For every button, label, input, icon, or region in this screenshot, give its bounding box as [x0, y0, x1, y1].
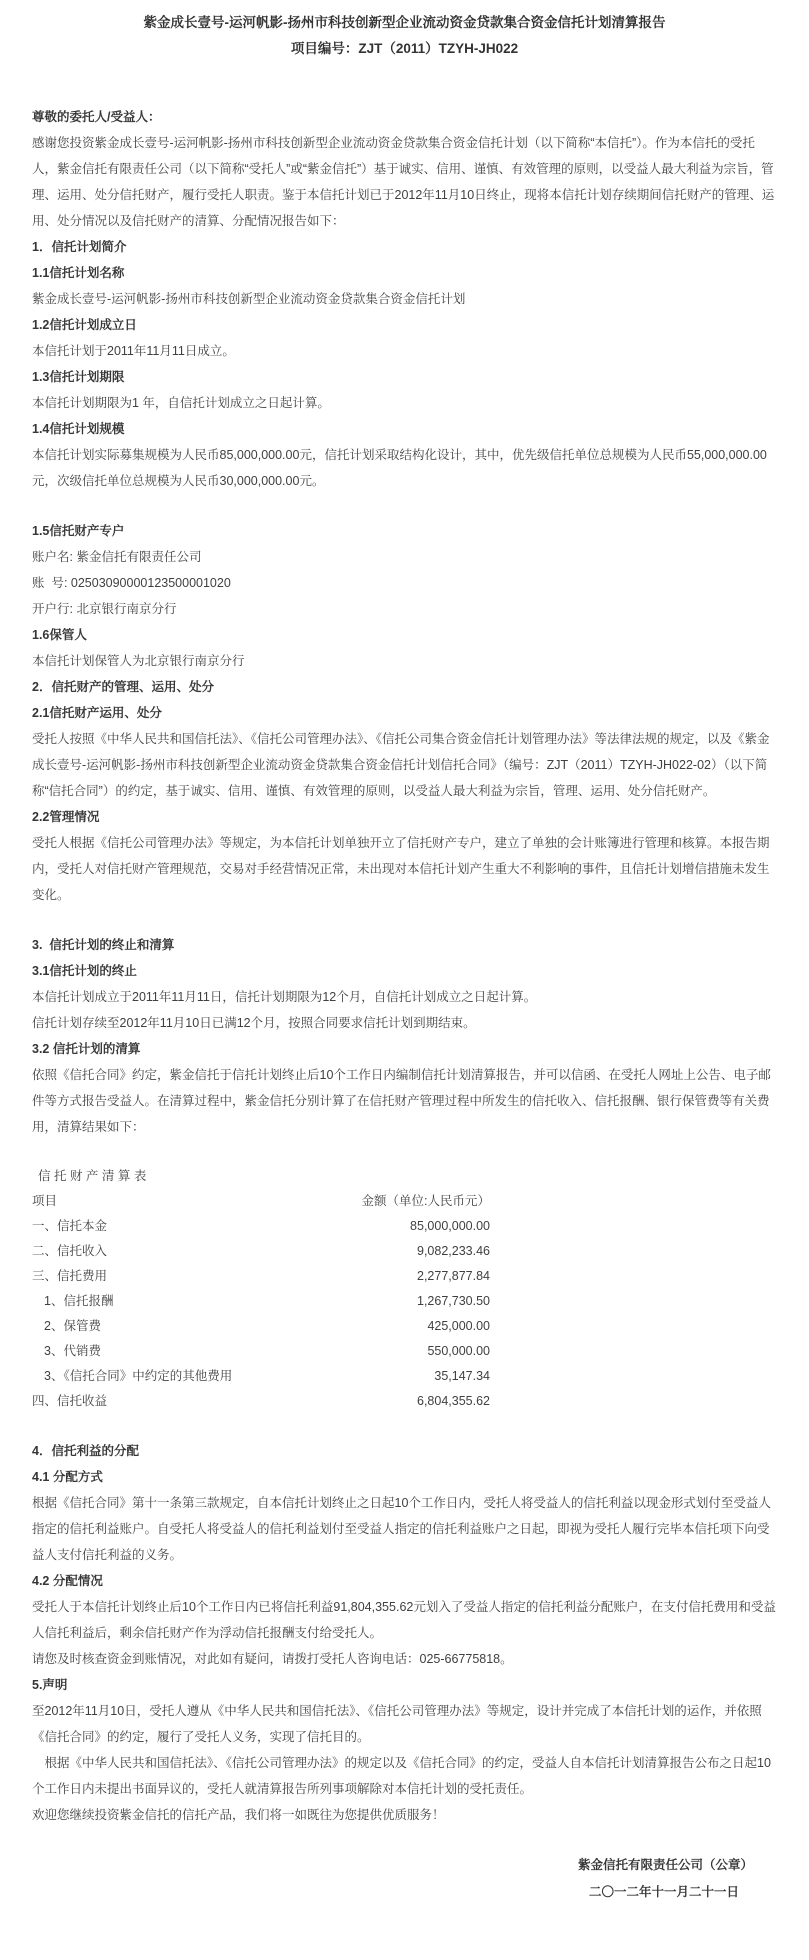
signature-date: 二〇一二年十一月二十一日 [32, 1879, 777, 1906]
row-label: 3、《信托合同》中约定的其他费用 [32, 1364, 276, 1389]
distribution-text: 受托人于本信托计划终止后10个工作日内已将信托利益91,804,355.62元划… [32, 1594, 777, 1646]
table-row: 一、信托本金 85,000,000.00 [32, 1214, 490, 1239]
row-amount: 9,082,233.46 [276, 1239, 490, 1264]
column-header-item: 项目 [32, 1189, 276, 1214]
table-header-row: 项目 金额（单位:人民币元） [32, 1189, 490, 1214]
column-header-amount: 金额（单位:人民币元） [276, 1189, 490, 1214]
row-label: 四、信托收益 [32, 1389, 276, 1414]
row-amount: 85,000,000.00 [276, 1214, 490, 1239]
notice-text: 请您及时核查资金到账情况，对此如有疑问，请拨打受托人咨询电话：025-66775… [32, 1646, 777, 1672]
established-text: 本信托计划于2011年11月11日成立。 [32, 338, 777, 364]
row-label: 1、信托报酬 [32, 1289, 276, 1314]
table-row: 四、信托收益 6,804,355.62 [32, 1389, 490, 1414]
table-row: 2、保管费 425,000.00 [32, 1314, 490, 1339]
table-title: 信 托 财 产 清 算 表 [32, 1164, 490, 1189]
section-3-heading: 3. 信托计划的终止和清算 [32, 932, 777, 958]
spacer [32, 1140, 777, 1164]
row-amount: 1,267,730.50 [276, 1289, 490, 1314]
section-2-2-heading: 2.2管理情况 [32, 804, 777, 830]
plan-name-text: 紫金成长壹号-运河帆影-扬州市科技创新型企业流动资金贷款集合资金信托计划 [32, 286, 777, 312]
table-row: 三、信托费用 2,277,877.84 [32, 1264, 490, 1289]
row-label: 二、信托收入 [32, 1239, 276, 1264]
signature-company: 紫金信托有限责任公司（公章） [32, 1852, 777, 1879]
account-bank-line: 开户行: 北京银行南京分行 [32, 596, 777, 622]
declaration-text-1: 至2012年11月10日，受托人遵从《中华人民共和国信托法》、《信托公司管理办法… [32, 1698, 777, 1750]
section-1-4-heading: 1.4信托计划规模 [32, 416, 777, 442]
liquidation-text: 依照《信托合同》约定，紫金信托于信托计划终止后10个工作日内编制信托计划清算报告… [32, 1062, 777, 1140]
section-2-1-heading: 2.1信托财产运用、处分 [32, 700, 777, 726]
table-row: 3、《信托合同》中约定的其他费用 35,147.34 [32, 1364, 490, 1389]
closing-text: 欢迎您继续投资紫金信托的信托产品，我们将一如既往为您提供优质服务！ [32, 1802, 777, 1828]
row-label: 三、信托费用 [32, 1264, 276, 1289]
row-amount: 2,277,877.84 [276, 1264, 490, 1289]
spacer [32, 494, 777, 518]
section-1-5-heading: 1.5信托财产专户 [32, 518, 777, 544]
row-label: 一、信托本金 [32, 1214, 276, 1239]
trust-liquidation-report: 紫金成长壹号-运河帆影-扬州市科技创新型企业流动资金贷款集合资金信托计划清算报告… [0, 0, 809, 1960]
account-name-line: 账户名: 紫金信托有限责任公司 [32, 544, 777, 570]
custodian-text: 本信托计划保管人为北京银行南京分行 [32, 648, 777, 674]
management-text: 受托人根据《信托公司管理办法》等规定，为本信托计划单独开立了信托财产专户，建立了… [32, 830, 777, 908]
row-amount: 35,147.34 [276, 1364, 490, 1389]
row-amount: 425,000.00 [276, 1314, 490, 1339]
use-text: 受托人按照《中华人民共和国信托法》、《信托公司管理办法》、《信托公司集合资金信托… [32, 726, 777, 804]
spacer [32, 1414, 777, 1438]
section-4-2-heading: 4.2 分配情况 [32, 1568, 777, 1594]
project-number: 项目编号：ZJT（2011）TZYH-JH022 [32, 36, 777, 62]
account-number-line: 账 号: 02503090000123500001020 [32, 570, 777, 596]
section-5-heading: 5.声明 [32, 1672, 777, 1698]
section-4-1-heading: 4.1 分配方式 [32, 1464, 777, 1490]
table-row: 3、代销费 550,000.00 [32, 1339, 490, 1364]
table-row: 1、信托报酬 1,267,730.50 [32, 1289, 490, 1314]
section-4-heading: 4．信托利益的分配 [32, 1438, 777, 1464]
row-label: 3、代销费 [32, 1339, 276, 1364]
section-1-2-heading: 1.2信托计划成立日 [32, 312, 777, 338]
termination-text-2: 信托计划存续至2012年11月10日已满12个月，按照合同要求信托计划到期结束。 [32, 1010, 777, 1036]
table-row: 二、信托收入 9,082,233.46 [32, 1239, 490, 1264]
spacer [32, 1828, 777, 1852]
report-title: 紫金成长壹号-运河帆影-扬州市科技创新型企业流动资金贷款集合资金信托计划清算报告 [32, 10, 777, 36]
row-amount: 6,804,355.62 [276, 1389, 490, 1414]
intro-paragraph: 感谢您投资紫金成长壹号-运河帆影-扬州市科技创新型企业流动资金贷款集合资金信托计… [32, 130, 777, 234]
row-label: 2、保管费 [32, 1314, 276, 1339]
row-amount: 550,000.00 [276, 1339, 490, 1364]
section-3-1-heading: 3.1信托计划的终止 [32, 958, 777, 984]
section-3-2-heading: 3.2 信托计划的清算 [32, 1036, 777, 1062]
distribution-method-text: 根据《信托合同》第十一条第三款规定，自本信托计划终止之日起10个工作日内，受托人… [32, 1490, 777, 1568]
spacer [32, 62, 777, 104]
declaration-text-2: 根据《中华人民共和国信托法》、《信托公司管理办法》的规定以及《信托合同》的约定，… [32, 1750, 777, 1802]
section-1-3-heading: 1.3信托计划期限 [32, 364, 777, 390]
section-1-1-heading: 1.1信托计划名称 [32, 260, 777, 286]
section-1-6-heading: 1.6保管人 [32, 622, 777, 648]
section-1-heading: 1．信托计划简介 [32, 234, 777, 260]
termination-text-1: 本信托计划成立于2011年11月11日，信托计划期限为12个月，自信托计划成立之… [32, 984, 777, 1010]
salutation: 尊敬的委托人/受益人： [32, 104, 777, 130]
spacer [32, 908, 777, 932]
liquidation-table: 信 托 财 产 清 算 表 项目 金额（单位:人民币元） 一、信托本金 85,0… [32, 1164, 490, 1414]
scale-text: 本信托计划实际募集规模为人民币85,000,000.00元，信托计划采取结构化设… [32, 442, 777, 494]
term-text: 本信托计划期限为1 年，自信托计划成立之日起计算。 [32, 390, 777, 416]
section-2-heading: 2．信托财产的管理、运用、处分 [32, 674, 777, 700]
